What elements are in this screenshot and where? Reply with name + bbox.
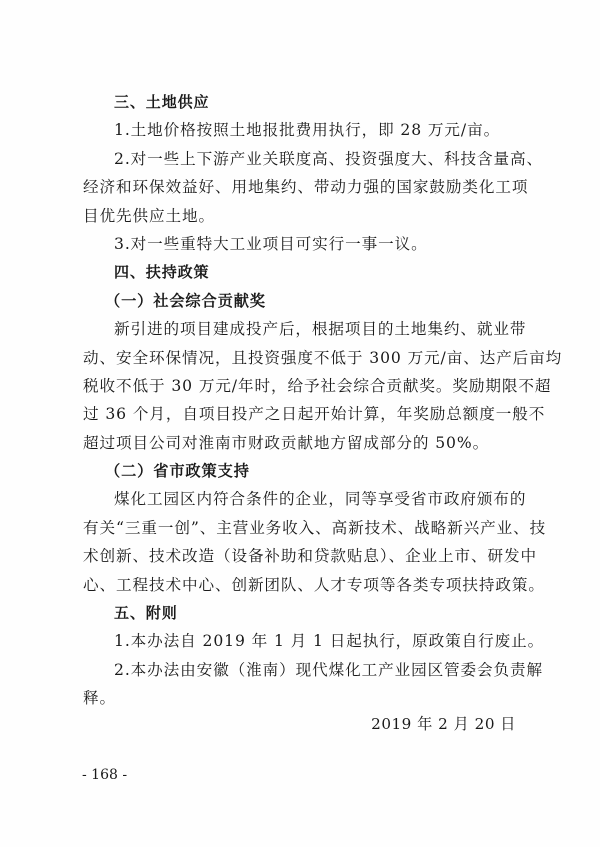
subsection-heading-provincial-city-policy: （二）省市政策支持 — [83, 457, 517, 485]
paragraph-line: 超过项目公司对淮南市财政贡献地方留成部分的 50%。 — [83, 429, 517, 457]
paragraph-line: 有关“三重一创”、主营业务收入、高新技术、战略新兴产业、技 — [83, 514, 517, 542]
section-heading-support-policy: 四、扶持政策 — [83, 258, 517, 286]
signature-date: 2019 年 2 月 20 日 — [371, 710, 516, 738]
page-number: - 168 - — [82, 765, 127, 785]
paragraph-line: 3.对一些重特大工业项目可实行一事一议。 — [83, 230, 517, 258]
paragraph-line: 1.本办法自 2019 年 1 月 1 日起执行，原政策自行废止。 — [83, 627, 517, 655]
paragraph-line: 税收不低于 30 万元/年时，给予社会综合贡献奖。奖励期限不超 — [83, 372, 517, 400]
section-heading-supplementary-provisions: 五、附则 — [83, 599, 517, 627]
paragraph-line: 动、安全环保情况，且投资强度不低于 300 万元/亩、达产后亩均 — [83, 344, 517, 372]
paragraph-line: 术创新、技术改造（设备补助和贷款贴息）、企业上市、研发中 — [83, 542, 517, 570]
paragraph-line: 过 36 个月，自项目投产之日起开始计算，年奖励总额度一般不 — [83, 400, 517, 428]
paragraph-line: 煤化工园区内符合条件的企业，同等享受省市政府颁布的 — [83, 485, 517, 513]
paragraph-line: 经济和环保效益好、用地集约、带动力强的国家鼓励类化工项 — [83, 173, 517, 201]
paragraph-line: 心、工程技术中心、创新团队、人才专项等各类专项扶持政策。 — [83, 571, 517, 599]
paragraph-line: 目优先供应土地。 — [83, 202, 517, 230]
document-body: 三、土地供应 1.土地价格按照土地报批费用执行，即 28 万元/亩。 2.对一些… — [83, 88, 517, 713]
paragraph-line: 2.本办法由安徽（淮南）现代煤化工产业园区管委会负责解 — [83, 656, 517, 684]
section-heading-land-supply: 三、土地供应 — [83, 88, 517, 116]
paragraph-line: 释。 — [83, 684, 517, 712]
paragraph-line: 1.土地价格按照土地报批费用执行，即 28 万元/亩。 — [83, 116, 517, 144]
subsection-heading-social-contribution-award: （一）社会综合贡献奖 — [83, 287, 517, 315]
document-page: 三、土地供应 1.土地价格按照土地报批费用执行，即 28 万元/亩。 2.对一些… — [0, 0, 600, 847]
paragraph-line: 2.对一些上下游产业关联度高、投资强度大、科技含量高、 — [83, 145, 517, 173]
paragraph-line: 新引进的项目建成投产后，根据项目的土地集约、就业带 — [83, 315, 517, 343]
